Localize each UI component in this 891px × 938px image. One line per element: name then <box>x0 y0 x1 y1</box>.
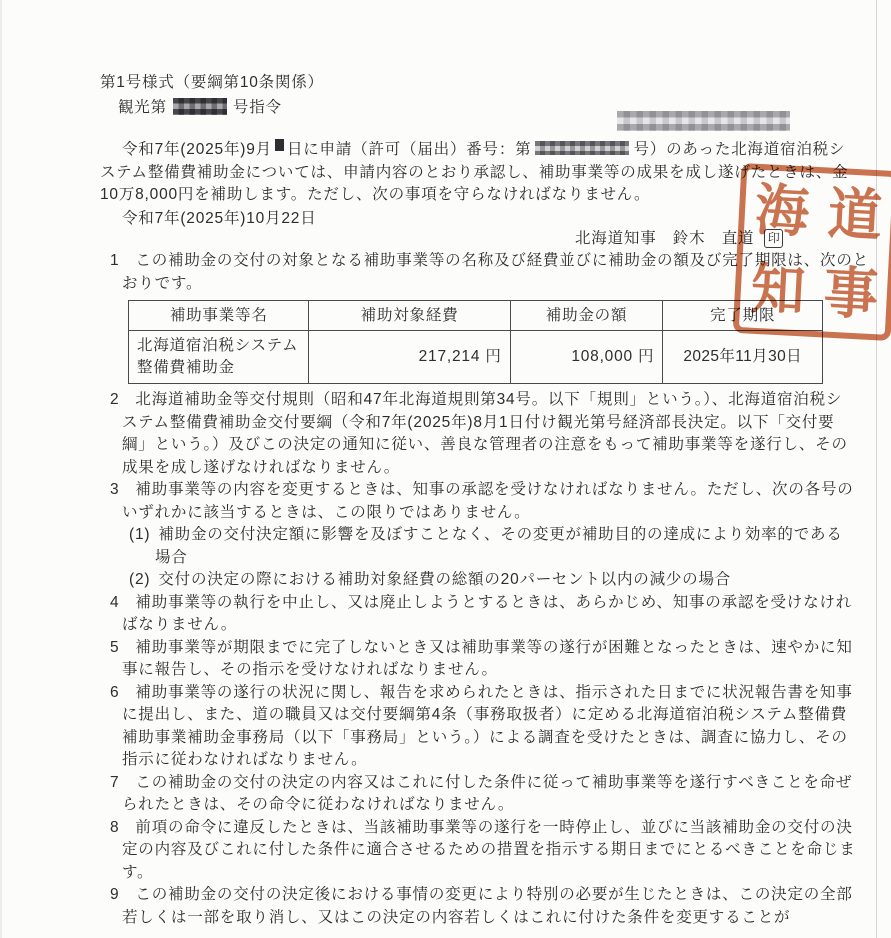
clause-3: 3補助事業等の内容を変更するときは、知事の承認を受けなければなりません。ただし、… <box>100 479 857 524</box>
decision-date: 令和7年(2025年)10月22日 <box>122 208 317 231</box>
redaction-recipient-name <box>617 111 790 131</box>
header-eligible-expense: 補助対象経費 <box>309 301 510 331</box>
cell-completion-deadline: 2025年11月30日 <box>663 331 823 384</box>
directive-number-line: 観光第号指令 <box>118 97 282 120</box>
clause-3-sub-1: (1)補助金の交付決定額に影響を及ぼすことなく、その変更が補助目的の達成により効… <box>100 524 857 569</box>
subclause-number: (1) <box>129 526 150 543</box>
clause-number: 8 <box>110 819 119 836</box>
cell-eligible-expense: 217,214 円 <box>309 331 510 384</box>
header-project-name: 補助事業等名 <box>129 301 309 331</box>
header-completion-deadline: 完了期限 <box>663 301 823 331</box>
intro-paragraph: 令和7年(2025年)9月日に申請（許可（届出）番号：第号）のあった北海道宿泊税… <box>100 139 857 207</box>
governor-signature: 北海道知事 鈴木 直道印 <box>575 228 783 251</box>
subclause-number: (2) <box>129 571 150 588</box>
intro-text-2: 日に申請（許可（届出）番号：第 <box>287 141 532 158</box>
clause-number: 5 <box>110 639 119 656</box>
clause-text: 北海道補助金等交付規則（昭和47年北海道規則第34号。以下「規則」という。）、北… <box>122 391 848 476</box>
redaction-application-number <box>535 141 629 155</box>
clause-text: 補助事業等が期限までに完了しないとき又は補助事業等の遂行が困難となったときは、速… <box>122 639 853 679</box>
clause-number: 4 <box>110 594 119 611</box>
clause-text: 補助事業等の内容を変更するときは、知事の承認を受けなければなりません。ただし、次… <box>122 481 854 521</box>
clause-number: 9 <box>110 886 119 903</box>
directive-prefix: 観光第 <box>118 99 167 116</box>
redaction-application-day <box>275 139 284 151</box>
clause-1: 1この補助金の交付の対象となる補助事業等の名称及び経費並びに補助金の額及び完了期… <box>100 250 879 295</box>
clause-text: 補助事業等の執行を中止し、又は廃止しようとするときは、あらかじめ、知事の承認を受… <box>122 594 852 634</box>
redaction-directive-number <box>173 98 227 115</box>
subsidy-table: 補助事業等名 補助対象経費 補助金の額 完了期限 北海道宿泊税システム整備費補助… <box>128 300 823 384</box>
clause-2: 2北海道補助金等交付規則（昭和47年北海道規則第34号。以下「規則」という。）、… <box>100 389 857 479</box>
clause-4: 4補助事業等の執行を中止し、又は廃止しようとするときは、あらかじめ、知事の承認を… <box>100 592 857 637</box>
scan-edge-left <box>0 0 2 938</box>
header-subsidy-amount: 補助金の額 <box>510 301 663 331</box>
directive-suffix: 号指令 <box>233 99 282 116</box>
clause-text: この補助金の交付の決定後における事情の変更により特別の必要が生じたときは、この決… <box>122 886 853 926</box>
scan-page-edge <box>876 0 877 938</box>
clauses-list: 2北海道補助金等交付規則（昭和47年北海道規則第34号。以下「規則」という。）、… <box>100 389 857 929</box>
clause-3-sub-2: (2)交付の決定の際における補助対象経費の総額の20パーセント以内の減少の場合 <box>100 569 857 592</box>
clause-8: 8前項の命令に違反したときは、当該補助事業等の遂行を一時停止し、並びに当該補助金… <box>100 817 857 885</box>
clause-text: 前項の命令に違反したときは、当該補助事業等の遂行を一時停止し、並びに当該補助金の… <box>122 819 856 881</box>
subclause-text: 交付の決定の際における補助対象経費の総額の20パーセント以内の減少の場合 <box>158 571 731 588</box>
table-header-row: 補助事業等名 補助対象経費 補助金の額 完了期限 <box>129 301 823 331</box>
cell-project-name: 北海道宿泊税システム整備費補助金 <box>129 331 309 384</box>
table-row: 北海道宿泊税システム整備費補助金 217,214 円 108,000 円 202… <box>129 331 823 384</box>
clause-number: 7 <box>110 774 119 791</box>
clause-9: 9この補助金の交付の決定後における事情の変更により特別の必要が生じたときは、この… <box>100 884 857 929</box>
clause-number: 2 <box>110 391 119 408</box>
clause-text: この補助金の交付の対象となる補助事業等の名称及び経費並びに補助金の額及び完了期限… <box>122 252 869 292</box>
intro-text-1: 令和7年(2025年)9月 <box>122 141 272 158</box>
form-number-label: 第1号様式（要綱第10条関係） <box>100 72 324 95</box>
scanned-document-page: 第1号様式（要綱第10条関係） 観光第号指令 令和7年(2025年)9月日に申請… <box>0 0 891 938</box>
subclause-text: 補助金の交付決定額に影響を及ぼすことなく、その変更が補助目的の達成により効率的で… <box>155 526 843 566</box>
governor-name: 北海道知事 鈴木 直道 <box>575 230 754 247</box>
clause-7: 7この補助金の交付の決定の内容又はこれに付した条件に従って補助事業等を遂行すべき… <box>100 772 857 817</box>
clause-number: 3 <box>110 481 119 498</box>
clause-text: 補助事業等の遂行の状況に関し、報告を求められたときは、指示された日までに状況報告… <box>122 684 853 769</box>
clause-text: この補助金の交付の決定の内容又はこれに付した条件に従って補助事業等を遂行すべきこ… <box>122 774 852 814</box>
cell-subsidy-amount: 108,000 円 <box>510 331 663 384</box>
clause-number: 1 <box>110 252 119 269</box>
clause-5: 5補助事業等が期限までに完了しないとき又は補助事業等の遂行が困難となったときは、… <box>100 637 857 682</box>
clause-6: 6補助事業等の遂行の状況に関し、報告を求められたときは、指示された日までに状況報… <box>100 682 857 772</box>
clause-number: 6 <box>110 684 119 701</box>
personal-seal-mark: 印 <box>764 229 783 248</box>
